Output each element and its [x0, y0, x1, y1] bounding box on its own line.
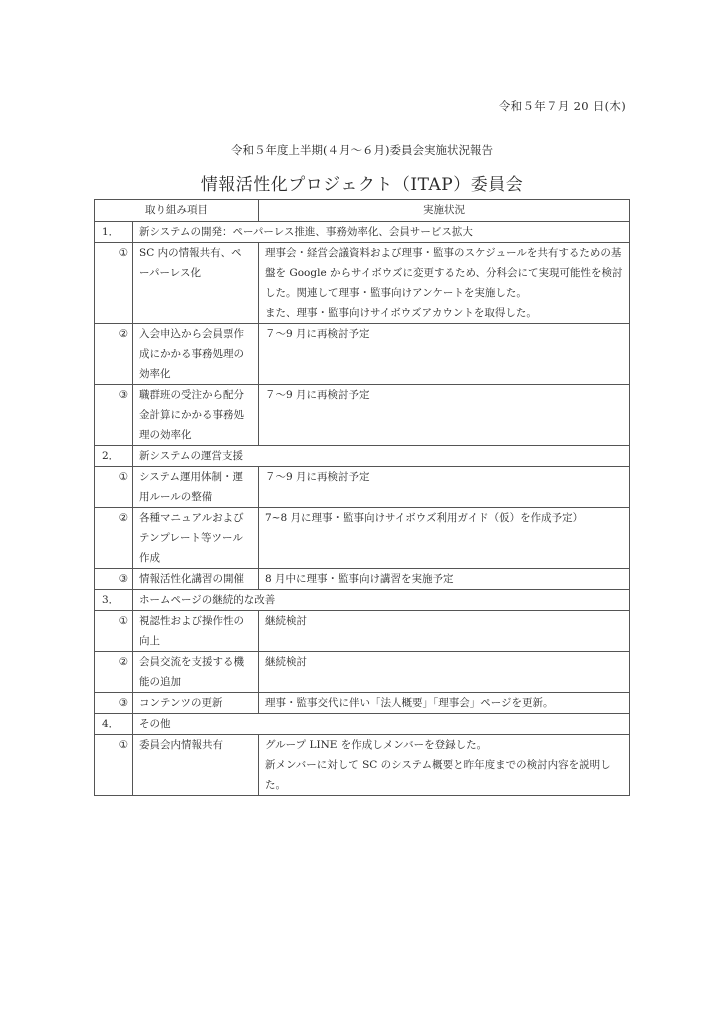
section-row: 1． 新システムの開発：ペーパーレス推進、事務効率化、会員サービス拡大	[95, 222, 630, 243]
section-row: 2． 新システムの運営支援	[95, 446, 630, 467]
status-line: 理事・監事交代に伴い「法人概要」「理事会」ページを更新。	[265, 693, 623, 713]
section-number: 1．	[95, 222, 133, 243]
section-row: 4． その他	[95, 714, 630, 735]
status-line: 継続検討	[265, 652, 623, 672]
status-line: 理事会・経営会議資料および理事・監事のスケジュールを共有するための基盤を Goo…	[265, 243, 623, 303]
status-line: また、理事・監事向けサイボウズアカウントを取得した。	[265, 303, 623, 323]
table-row: ③ 情報活性化講習の開催 8 月中に理事・監事向け講習を実施予定	[95, 569, 630, 590]
item-name: コンテンツの更新	[133, 693, 259, 714]
column-header-status: 実施状況	[259, 200, 630, 222]
table-row: ③ コンテンツの更新 理事・監事交代に伴い「法人概要」「理事会」ページを更新。	[95, 693, 630, 714]
item-name: 委員会内情報共有	[133, 735, 259, 796]
report-subtitle: 令和５年度上半期(４月～６月)委員会実施状況報告	[0, 142, 724, 158]
table-row: ① 視認性および操作性の向上 継続検討	[95, 611, 630, 652]
section-title: その他	[133, 714, 630, 735]
item-number: ①	[95, 611, 133, 652]
table-header-row: 取り組み項目 実施状況	[95, 200, 630, 222]
status-line: ７～9 月に再検討予定	[265, 467, 623, 487]
item-status: 継続検討	[259, 611, 630, 652]
item-name: 視認性および操作性の向上	[133, 611, 259, 652]
item-number: ①	[95, 243, 133, 324]
item-name: 職群班の受注から配分金計算にかかる事務処理の効率化	[133, 385, 259, 446]
item-number: ③	[95, 385, 133, 446]
item-name: システム運用体制・運用ルールの整備	[133, 467, 259, 508]
item-name: 各種マニュアルおよびテンプレート等ツール作成	[133, 508, 259, 569]
item-number: ③	[95, 693, 133, 714]
item-status: 8 月中に理事・監事向け講習を実施予定	[259, 569, 630, 590]
section-number: 2．	[95, 446, 133, 467]
item-status: 継続検討	[259, 652, 630, 693]
status-line: 新メンバーに対して SC のシステム概要と昨年度までの検討内容を説明した。	[265, 755, 623, 795]
status-line: グループ LINE を作成しメンバーを登録した。	[265, 735, 623, 755]
section-title: ホームページの継続的な改善	[133, 590, 630, 611]
section-number: 4．	[95, 714, 133, 735]
status-line: ７～9 月に再検討予定	[265, 385, 623, 405]
item-number: ①	[95, 735, 133, 796]
item-name: 情報活性化講習の開催	[133, 569, 259, 590]
report-date: 令和５年７月 20 日(木)	[499, 98, 626, 114]
table-row: ② 会員交流を支援する機能の追加 継続検討	[95, 652, 630, 693]
table-row: ① システム運用体制・運用ルールの整備 ７～9 月に再検討予定	[95, 467, 630, 508]
item-number: ②	[95, 324, 133, 385]
section-number: 3．	[95, 590, 133, 611]
table-row: ① SC 内の情報共有、ペーパーレス化 理事会・経営会議資料および理事・監事のス…	[95, 243, 630, 324]
item-name: 会員交流を支援する機能の追加	[133, 652, 259, 693]
item-status: ７～9 月に再検討予定	[259, 324, 630, 385]
item-status: グループ LINE を作成しメンバーを登録した。 新メンバーに対して SC のシ…	[259, 735, 630, 796]
item-number: ②	[95, 652, 133, 693]
item-status: 理事会・経営会議資料および理事・監事のスケジュールを共有するための基盤を Goo…	[259, 243, 630, 324]
status-table: 取り組み項目 実施状況 1． 新システムの開発：ペーパーレス推進、事務効率化、会…	[94, 199, 630, 796]
item-number: ①	[95, 467, 133, 508]
item-status: 理事・監事交代に伴い「法人概要」「理事会」ページを更新。	[259, 693, 630, 714]
status-line: ７～9 月に再検討予定	[265, 324, 623, 344]
column-header-item: 取り組み項目	[95, 200, 259, 222]
section-title: 新システムの開発：ペーパーレス推進、事務効率化、会員サービス拡大	[133, 222, 630, 243]
table-row: ① 委員会内情報共有 グループ LINE を作成しメンバーを登録した。 新メンバ…	[95, 735, 630, 796]
status-line: 継続検討	[265, 611, 623, 631]
table-row: ② 入会申込から会員票作成にかかる事務処理の効率化 ７～9 月に再検討予定	[95, 324, 630, 385]
table-row: ② 各種マニュアルおよびテンプレート等ツール作成 7~8 月に理事・監事向けサイ…	[95, 508, 630, 569]
section-row: 3． ホームページの継続的な改善	[95, 590, 630, 611]
status-line: 7~8 月に理事・監事向けサイボウズ利用ガイド（仮）を作成予定）	[265, 508, 623, 528]
item-number: ③	[95, 569, 133, 590]
table-row: ③ 職群班の受注から配分金計算にかかる事務処理の効率化 ７～9 月に再検討予定	[95, 385, 630, 446]
item-status: ７～9 月に再検討予定	[259, 385, 630, 446]
item-name: 入会申込から会員票作成にかかる事務処理の効率化	[133, 324, 259, 385]
item-name: SC 内の情報共有、ペーパーレス化	[133, 243, 259, 324]
item-number: ②	[95, 508, 133, 569]
item-status: ７～9 月に再検討予定	[259, 467, 630, 508]
status-line: 8 月中に理事・監事向け講習を実施予定	[265, 569, 623, 589]
report-title: 情報活性化プロジェクト（ITAP）委員会	[0, 170, 724, 195]
item-status: 7~8 月に理事・監事向けサイボウズ利用ガイド（仮）を作成予定）	[259, 508, 630, 569]
section-title: 新システムの運営支援	[133, 446, 630, 467]
